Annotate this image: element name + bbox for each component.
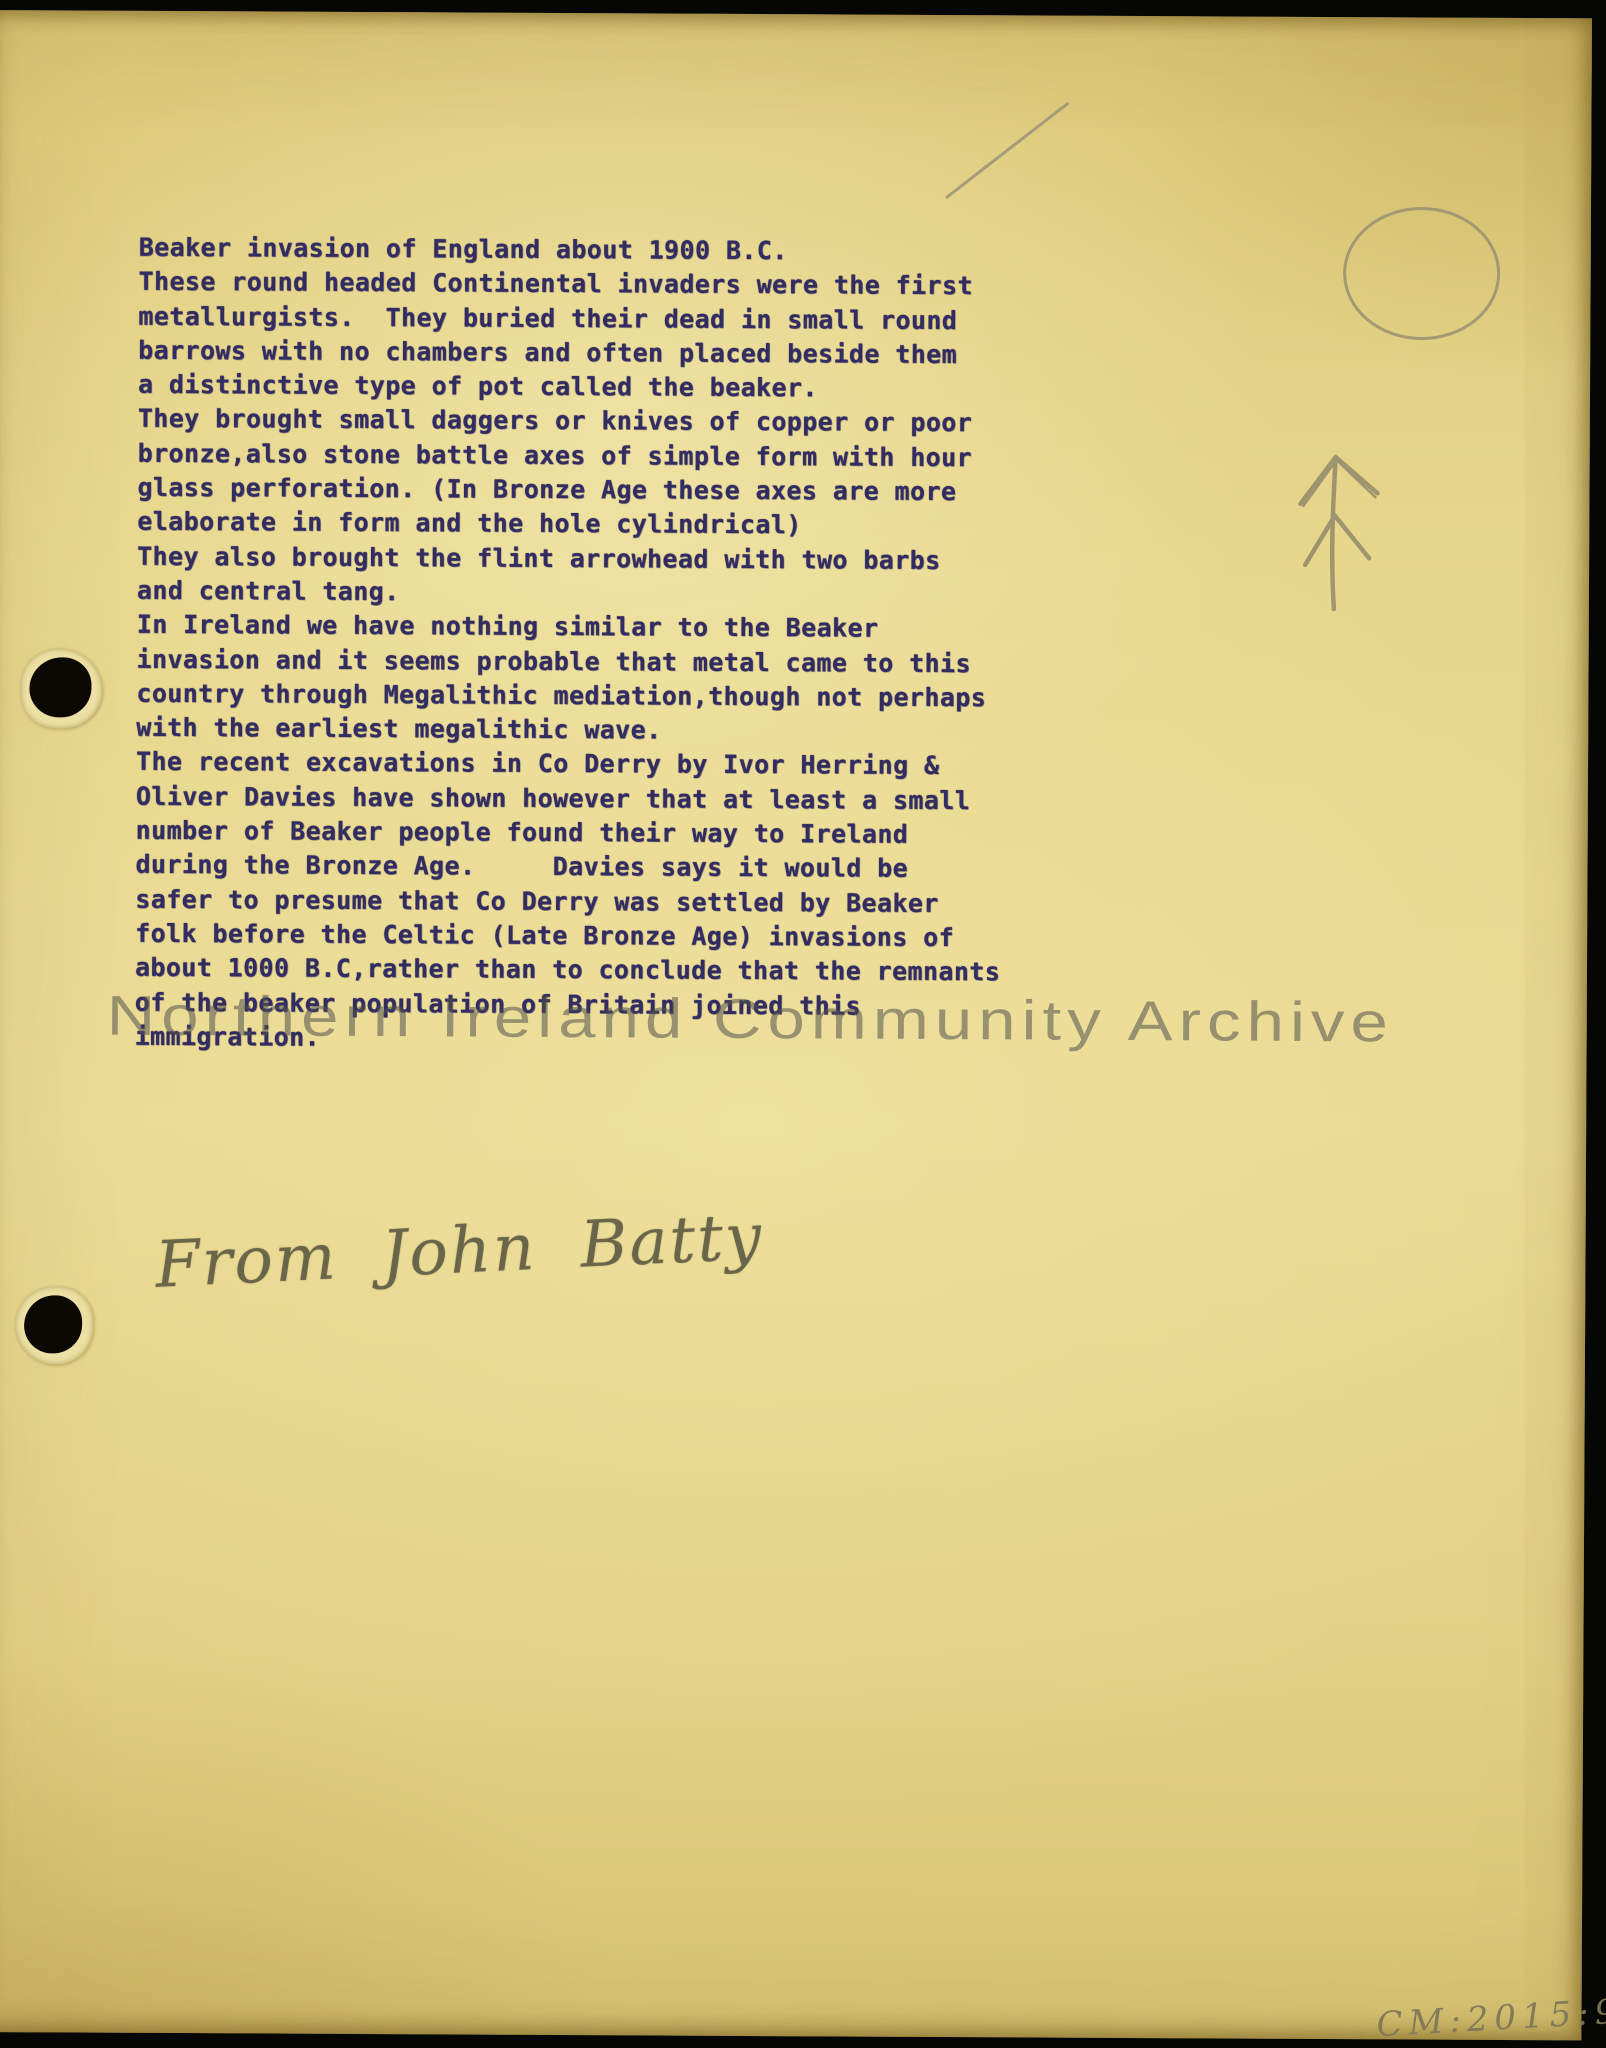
pencil-circle-icon	[1344, 208, 1499, 339]
paper-sheet: Beaker invasion of England about 1900 B.…	[0, 10, 1592, 2040]
typed-line: The recent excavations in Co Derry by Iv…	[136, 745, 1001, 784]
typed-line: glass perforation. (In Bronze Age these …	[137, 471, 1002, 510]
punch-hole-bottom	[15, 1286, 93, 1364]
catalog-number-handwriting: CM:2015:998	[1376, 1988, 1606, 2045]
punch-hole-top-opening	[29, 657, 91, 717]
typed-line: Oliver Davies have shown however that at…	[136, 780, 1001, 819]
typed-line: barrows with no chambers and often place…	[138, 334, 1003, 373]
typed-line: metallurgists. They buried their dead in…	[138, 299, 1003, 338]
typed-line: In Ireland we have nothing similar to th…	[137, 608, 1002, 647]
typed-line: invasion and it seems probable that meta…	[137, 642, 1002, 681]
typed-line: bronze,also stone battle axes of simple …	[138, 437, 1003, 476]
typed-line: safer to presume that Co Derry was settl…	[135, 882, 1000, 921]
typed-line: a distinctive type of pot called the bea…	[138, 368, 1003, 407]
typed-line: country through Megalithic mediation,tho…	[136, 677, 1001, 716]
typed-line: They also brought the flint arrowhead wi…	[137, 539, 1002, 578]
typed-line: These round headed Continental invaders …	[138, 265, 1003, 304]
pencil-up-arrow-icon	[1300, 457, 1378, 609]
watermark-text: Northern Ireland Community Archive	[107, 983, 1394, 1055]
scan-background: Beaker invasion of England about 1900 B.…	[0, 0, 1606, 2048]
typed-line: elaborate in form and the hole cylindric…	[137, 505, 1002, 544]
typed-line: and central tang.	[137, 574, 1002, 613]
punch-hole-bottom-opening	[24, 1295, 82, 1353]
typed-line: number of Beaker people found their way …	[136, 814, 1001, 853]
typed-line: They brought small daggers or knives of …	[138, 402, 1003, 441]
typed-text-block: Beaker invasion of England about 1900 B.…	[135, 231, 1005, 1059]
typed-line: Beaker invasion of England about 1900 B.…	[139, 231, 1004, 270]
typed-line: during the Bronze Age. Davies says it wo…	[135, 848, 1000, 887]
typed-line: with the earliest megalithic wave.	[136, 711, 1001, 750]
pencil-slash-icon	[947, 103, 1067, 198]
punch-hole-top	[20, 648, 102, 728]
signature-handwriting: From John Batty	[154, 1200, 765, 1303]
typed-line: folk before the Celtic (Late Bronze Age)…	[135, 917, 1000, 956]
